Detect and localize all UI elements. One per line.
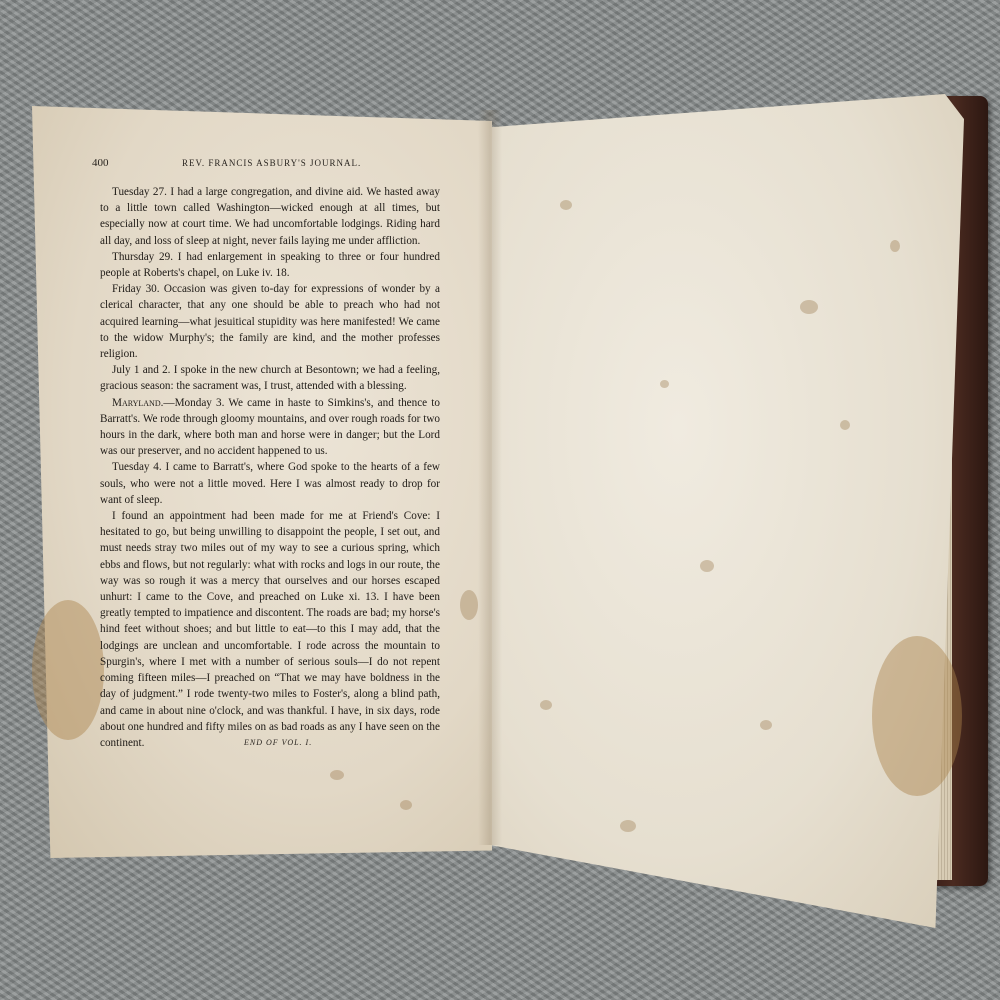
foxing-spot [460,590,478,620]
water-stain-left [32,600,104,740]
end-of-volume-note: END OF VOL. I. [244,738,312,747]
paragraph: Maryland.—Monday 3. We came in haste to … [100,395,440,460]
paragraph: Friday 30. Occasion was given to-day for… [100,281,440,362]
paragraph-text: July 1 and 2. I spoke in the new church … [100,364,440,392]
paragraph: Tuesday 27. I had a large congregation, … [100,184,440,249]
foxing-spot [400,800,412,810]
page-header: 400 REV. FRANCIS ASBURY'S JOURNAL. [92,157,472,171]
paragraph-text: Tuesday 27. I had a large congregation, … [100,186,440,247]
running-head: REV. FRANCIS ASBURY'S JOURNAL. [182,158,361,168]
foxing-spot [540,700,552,710]
book-gutter [478,110,502,845]
right-page-blank [488,94,964,928]
paragraph-text: I found an appointment had been made for… [100,510,440,749]
foxing-spot [760,720,772,730]
foxing-spot [800,300,818,314]
paragraph: Tuesday 4. I came to Barratt's, where Go… [100,459,440,508]
foxing-spot [840,420,850,430]
journal-text: Tuesday 27. I had a large congregation, … [100,184,440,751]
paragraph-text: Friday 30. Occasion was given to-day for… [100,283,440,360]
foxing-spot [660,380,669,388]
foxing-spot [700,560,714,572]
foxing-spot [560,200,572,210]
foxing-spot [330,770,344,780]
paragraph: I found an appointment had been made for… [100,508,440,751]
paragraph: Thursday 29. I had enlargement in speaki… [100,249,440,281]
place-heading: Maryland. [112,397,163,409]
foxing-spot [620,820,636,832]
foxing-spot [890,240,900,252]
page-number: 400 [92,157,109,169]
paragraph: July 1 and 2. I spoke in the new church … [100,362,440,394]
paragraph-text: Thursday 29. I had enlargement in speaki… [100,251,440,279]
water-stain-right [872,636,962,796]
paragraph-text: Tuesday 4. I came to Barratt's, where Go… [100,461,440,505]
